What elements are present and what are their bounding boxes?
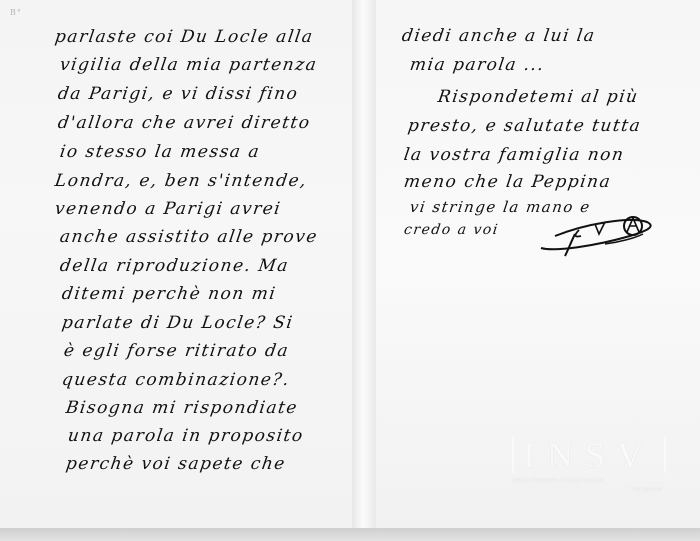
signature: G Verdi xyxy=(535,212,660,257)
left-line-2: vigilia della mia partenza xyxy=(59,55,319,75)
right-line-4: presto, e salutate tutta xyxy=(407,116,643,136)
right-line-1: diedi anche a lui la xyxy=(401,26,597,46)
left-line-6: Londra, e, ben s'intende, xyxy=(54,171,309,191)
watermark-institution: Istituto Nazionale di Studi Verdiani xyxy=(512,478,603,484)
insv-watermark: INSV Istituto Nazionale di Studi Verdian… xyxy=(512,437,662,497)
right-line-6: meno che la Peppina xyxy=(403,172,613,192)
right-line-5: la vostra famiglia non xyxy=(403,145,626,165)
left-line-13: questa combinazione?. xyxy=(61,370,292,390)
left-line-4: d'allora che avrei diretto xyxy=(57,113,312,133)
left-line-10: ditemi perchè non mi xyxy=(61,284,278,304)
bottom-edge xyxy=(0,528,700,541)
right-line-8: credo a voi xyxy=(403,222,500,238)
left-line-5: io stesso la messa a xyxy=(59,142,262,162)
watermark-letters: INSV xyxy=(512,437,666,473)
corner-mark: B° xyxy=(10,8,22,17)
left-line-12: è egli forse ritirato da xyxy=(63,341,291,361)
left-line-8: anche assistito alle prove xyxy=(59,227,320,247)
left-line-16: perchè voi sapete che xyxy=(65,454,288,474)
left-line-3: da Parigi, e vi dissi fino xyxy=(57,84,300,104)
left-line-14: Bisogna mi rispondiate xyxy=(65,398,300,418)
right-line-2: mia parola ... xyxy=(409,55,546,75)
left-line-15: una parola in proposito xyxy=(67,426,305,446)
page-gutter xyxy=(352,0,376,541)
left-line-9: della riproduzione. Ma xyxy=(59,256,291,276)
left-line-7: venendo a Parigi avrei xyxy=(54,199,283,219)
left-line-1: parlaste coi Du Locle alla xyxy=(54,27,315,47)
right-line-3: Rispondetemi al più xyxy=(437,87,640,107)
watermark-foundation: Fondazione xyxy=(631,487,662,493)
left-line-11: parlate di Du Locle? Si xyxy=(61,313,295,333)
